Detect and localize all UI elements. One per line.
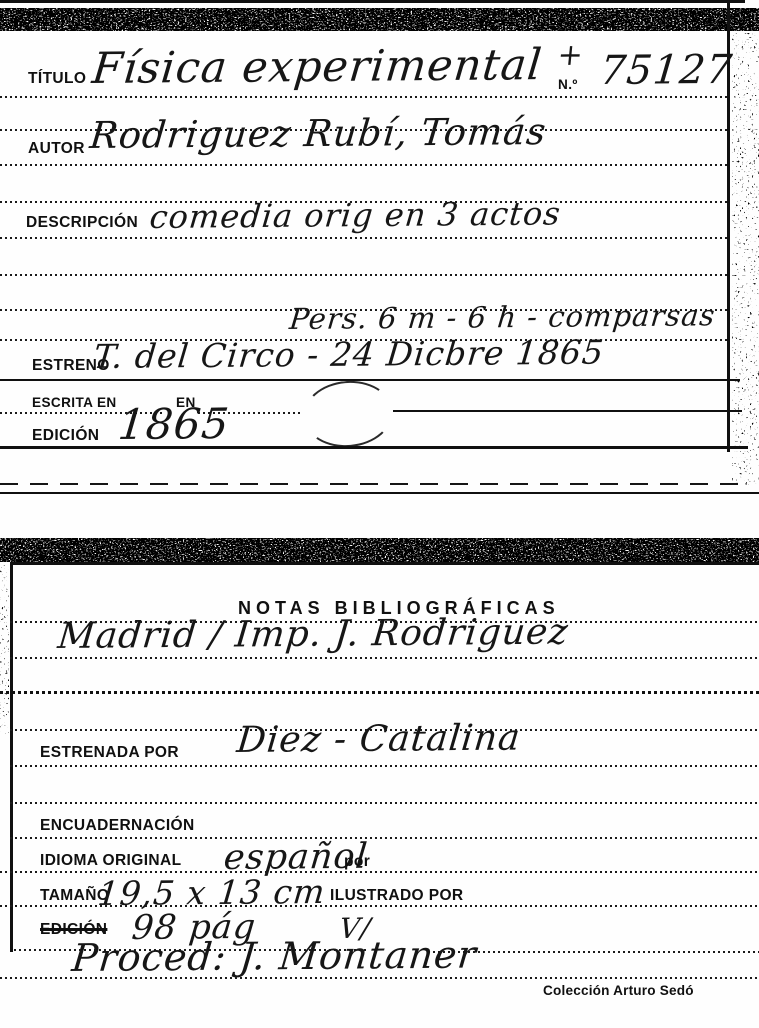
rule-line <box>0 96 728 98</box>
rule-line <box>10 837 759 839</box>
torn-scan-edge-top-card1 <box>0 8 759 31</box>
autor-label: AUTOR <box>28 140 85 158</box>
card2-top-border <box>10 562 759 565</box>
encuadernacion-label: ENCUADERNACIÓN <box>40 817 195 835</box>
rule-line <box>0 691 759 694</box>
cards-separator-line <box>0 492 759 494</box>
card1-bottom-edge <box>0 483 750 485</box>
stamp-circle-outline <box>300 377 395 451</box>
titulo-label: TÍTULO <box>28 70 86 88</box>
estreno-value-handwriting: T. del Circo - 24 Dicbre 1865 <box>92 333 606 376</box>
rule-line <box>0 905 759 907</box>
rule-line <box>10 802 759 804</box>
rule-line <box>0 164 728 166</box>
idioma-original-label: IDIOMA ORIGINAL <box>40 852 181 870</box>
rule-line <box>10 657 759 659</box>
rule-line <box>10 765 759 767</box>
procedencia-value-handwriting: Proced: J. Montaner <box>70 932 479 980</box>
rule-line <box>428 951 759 953</box>
rule-line <box>0 977 759 979</box>
numero-cross-mark-handwriting: + <box>556 38 586 73</box>
card1-top-border <box>0 0 745 3</box>
descripcion-label: DESCRIPCIÓN <box>26 214 138 232</box>
escrita-en-label: ESCRITA EN <box>32 394 117 410</box>
scan-speckle-left-margin <box>0 565 9 735</box>
ilustrado-por-label: ILUSTRADO POR <box>330 887 464 905</box>
personajes-note-handwriting: Pers. 6 m - 6 h - comparsas <box>288 298 717 336</box>
rule-line <box>0 379 740 381</box>
rule-line <box>0 446 748 449</box>
edicion-value-handwriting: 1865 <box>116 399 232 449</box>
coleccion-arturo-sedo-label: Colección Arturo Sedó <box>543 982 694 998</box>
rule-line <box>0 237 728 239</box>
rule-line <box>0 871 759 873</box>
por-label: por <box>344 853 370 871</box>
titulo-value-handwriting: Física experimental <box>90 40 545 94</box>
edicion-label-card1: EDICIÓN <box>32 427 99 445</box>
scanned-catalog-cards: TÍTULO Física experimental + N.º 75127 A… <box>0 0 759 1028</box>
imprenta-value-handwriting: Madrid / Imp. J. Rodriguez <box>56 612 570 657</box>
descripcion-value-handwriting: comedia orig en 3 actos <box>148 194 563 236</box>
scan-speckle-right-margin <box>732 33 759 485</box>
numero-label: N.º <box>558 76 578 92</box>
autor-value-handwriting: Rodriguez Rubí, Tomás <box>88 110 548 157</box>
estrenada-por-label: ESTRENADA POR <box>40 744 179 762</box>
torn-scan-edge-top-card2 <box>0 538 759 562</box>
rule-line <box>0 274 728 276</box>
rule-line <box>393 410 742 412</box>
estrenada-por-value-handwriting: Diez - Catalina <box>235 718 523 761</box>
numero-value-handwriting: 75127 <box>598 47 735 94</box>
